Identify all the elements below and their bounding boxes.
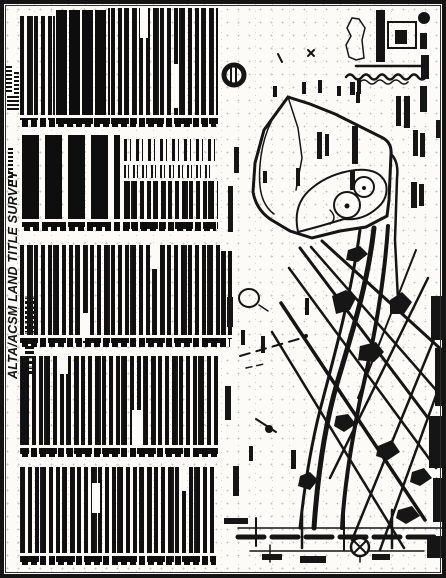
survey-sheet: ALTA/ACSM LAND TITLE SURVEY — [0, 0, 446, 578]
inner-border-line — [5, 5, 441, 573]
